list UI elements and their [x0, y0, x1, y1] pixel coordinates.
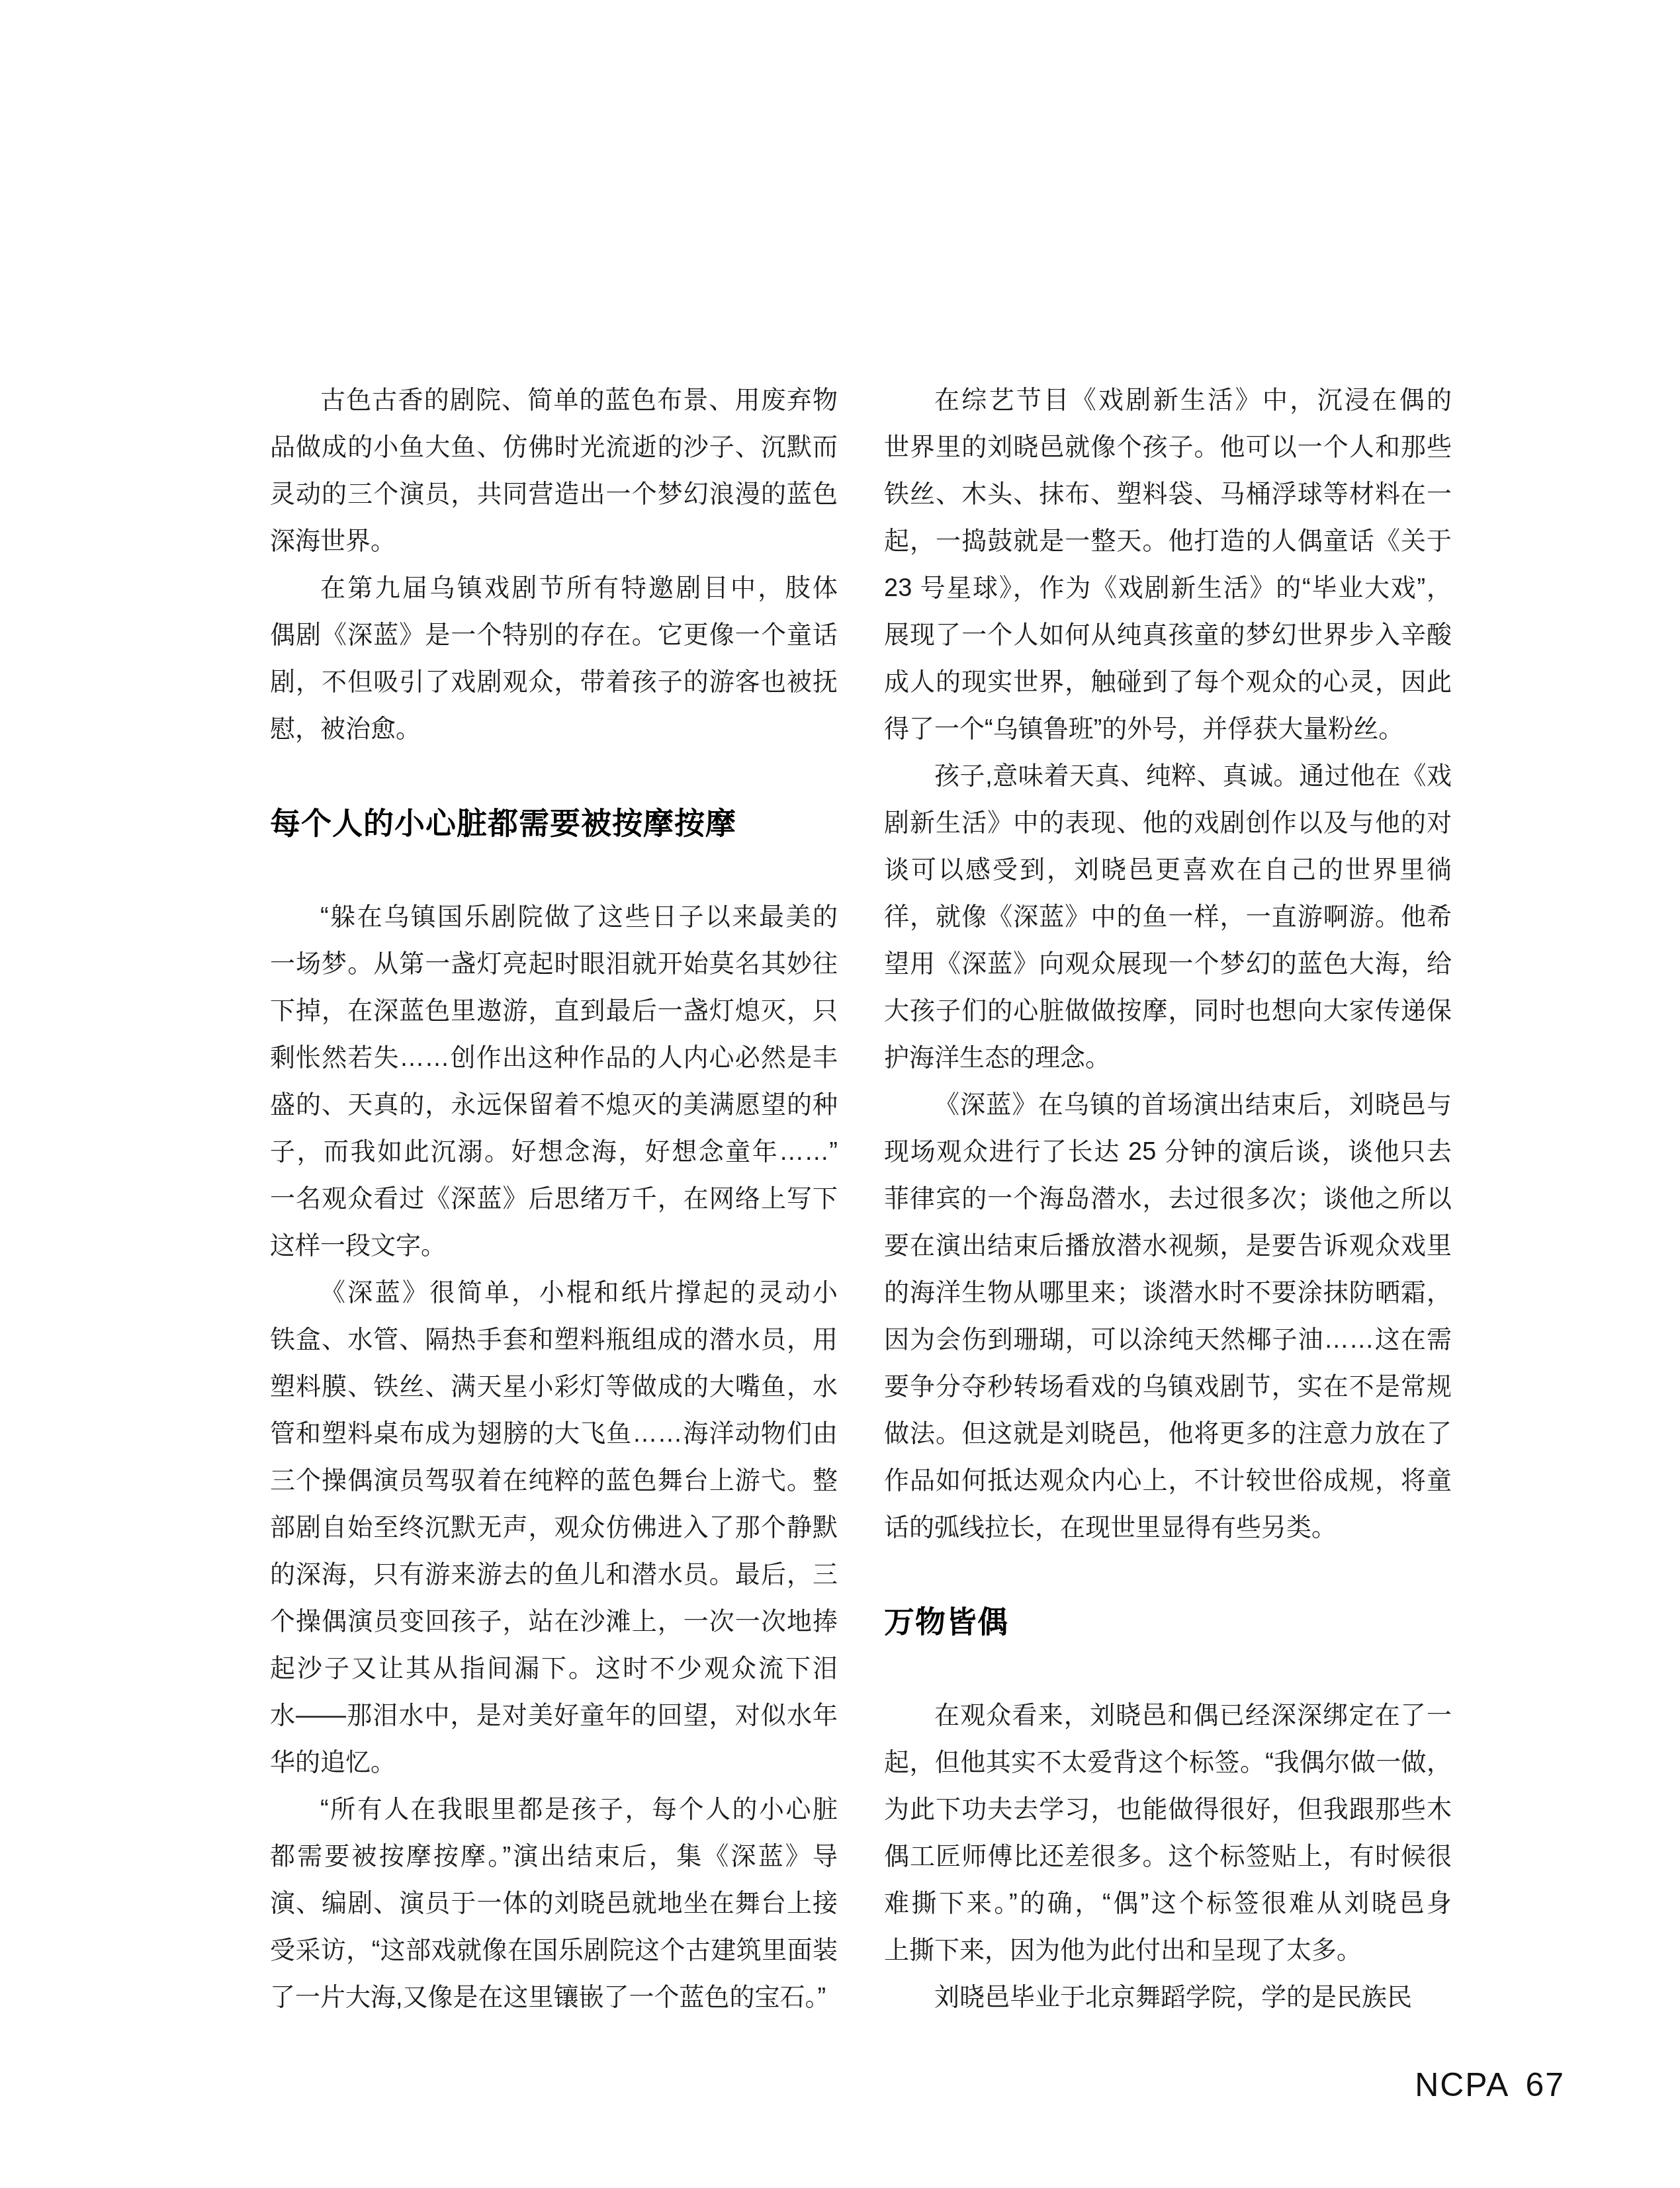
text-line: 展现了一个人如何从纯真孩童的梦幻世界步入辛酸 [884, 612, 1452, 659]
text-line: 得了一个“乌镇鲁班”的外号，并俘获大量粉丝。 [884, 706, 1452, 753]
paragraph: 在第九届乌镇戏剧节所有特邀剧目中，肢体偶剧《深蓝》是一个特别的存在。它更像一个童… [270, 565, 838, 753]
text-line: 剩怅然若失……创作出这种作品的人内心必然是丰 [270, 1035, 838, 1082]
text-line: 了一片大海,又像是在这里镶嵌了一个蓝色的宝石。” [270, 1974, 838, 2021]
text-line: 一场梦。从第一盏灯亮起时眼泪就开始莫名其妙往 [270, 941, 838, 988]
text-line: 作品如何抵达观众内心上，不计较世俗成规，将童 [884, 1458, 1452, 1505]
section-heading: 万物皆偶 [884, 1598, 1452, 1645]
text-line: 剧新生活》中的表现、他的戏剧创作以及与他的对 [884, 800, 1452, 847]
section-heading: 每个人的小心脏都需要被按摩按摩 [270, 800, 838, 847]
text-line: 23 号星球》，作为《戏剧新生活》的“毕业大戏”， [884, 565, 1452, 612]
text-line: 灵动的三个演员，共同营造出一个梦幻浪漫的蓝色 [270, 471, 838, 518]
text-line: 起沙子又让其从指间漏下。这时不少观众流下泪 [270, 1645, 838, 1692]
paragraph: 《深蓝》在乌镇的首场演出结束后，刘晓邑与现场观众进行了长达 25 分钟的演后谈，… [884, 1082, 1452, 1552]
text-line: 护海洋生态的理念。 [884, 1035, 1452, 1082]
text-line: 水——那泪水中，是对美好童年的回望，对似水年 [270, 1692, 838, 1739]
text-line: 的深海，只有游来游去的鱼儿和潜水员。最后，三 [270, 1552, 838, 1598]
text-line: 大孩子们的心脏做做按摩，同时也想向大家传递保 [884, 988, 1452, 1035]
text-line: 成人的现实世界，触碰到了每个观众的心灵，因此 [884, 659, 1452, 706]
text-line: 偶工匠师傅比还差很多。这个标签贴上，有时候很 [884, 1833, 1452, 1880]
text-line: 三个操偶演员驾驭着在纯粹的蓝色舞台上游弋。整 [270, 1458, 838, 1505]
text-line: 为此下功夫去学习，也能做得很好，但我跟那些木 [884, 1786, 1452, 1833]
article-column-right: 在综艺节目《戏剧新生活》中，沉浸在偶的世界里的刘晓邑就像个孩子。他可以一个人和那… [884, 377, 1452, 2021]
text-line: 要争分夺秒转场看戏的乌镇戏剧节，实在不是常规 [884, 1364, 1452, 1411]
text-line: 话的弧线拉长，在现世里显得有些另类。 [884, 1505, 1452, 1552]
text-line: 世界里的刘晓邑就像个孩子。他可以一个人和那些 [884, 424, 1452, 471]
text-line: 做法。但这就是刘晓邑，他将更多的注意力放在了 [884, 1411, 1452, 1458]
paragraph: 古色古香的剧院、简单的蓝色布景、用废弃物品做成的小鱼大鱼、仿佛时光流逝的沙子、沉… [270, 377, 838, 565]
text-line: 管和塑料桌布成为翅膀的大飞鱼……海洋动物们由 [270, 1411, 838, 1458]
text-line: 铁盒、水管、隔热手套和塑料瓶组成的潜水员，用 [270, 1317, 838, 1364]
text-line: 起，但他其实不太爱背这个标签。“我偶尔做一做， [884, 1739, 1452, 1786]
text-line: 深海世界。 [270, 518, 838, 565]
text-line: 一名观众看过《深蓝》后思绪万千，在网络上写下 [270, 1176, 838, 1223]
paragraph: 《深蓝》很简单，小棍和纸片撑起的灵动小鱼，铁盒、水管、隔热手套和塑料瓶组成的潜水… [270, 1270, 838, 1786]
text-line: “躲在乌镇国乐剧院做了这些日子以来最美的 [270, 894, 838, 941]
text-line: 铁丝、木头、抹布、塑料袋、马桶浮球等材料在一 [884, 471, 1452, 518]
footer-brand: NCPA [1415, 2066, 1509, 2104]
text-line: 在第九届乌镇戏剧节所有特邀剧目中，肢体 [270, 565, 838, 612]
text-line: 偶剧《深蓝》是一个特别的存在。它更像一个童话 [270, 612, 838, 659]
text-line: 徉，就像《深蓝》中的鱼一样，一直游啊游。他希 [884, 894, 1452, 941]
paragraph: 孩子,意味着天真、纯粹、真诚。通过他在《戏剧新生活》中的表现、他的戏剧创作以及与… [884, 753, 1452, 1082]
paragraph: “躲在乌镇国乐剧院做了这些日子以来最美的一场梦。从第一盏灯亮起时眼泪就开始莫名其… [270, 894, 838, 1270]
text-line: 菲律宾的一个海岛潜水，去过很多次；谈他之所以 [884, 1176, 1452, 1223]
text-line: 下掉，在深蓝色里遨游，直到最后一盏灯熄灭，只 [270, 988, 838, 1035]
text-line: 品做成的小鱼大鱼、仿佛时光流逝的沙子、沉默而 [270, 424, 838, 471]
text-line: 在观众看来，刘晓邑和偶已经深深绑定在了一 [884, 1692, 1452, 1739]
text-line: 难撕下来。”的确，“偶”这个标签很难从刘晓邑身 [884, 1880, 1452, 1927]
text-line: 塑料膜、铁丝、满天星小彩灯等做成的大嘴鱼，水 [270, 1364, 838, 1411]
text-line: 华的追忆。 [270, 1739, 838, 1786]
text-line: 刘晓邑毕业于北京舞蹈学院，学的是民族民 [884, 1974, 1452, 2021]
article-column-left: 古色古香的剧院、简单的蓝色布景、用废弃物品做成的小鱼大鱼、仿佛时光流逝的沙子、沉… [270, 377, 838, 2021]
page-footer: NCPA 67 [1415, 2066, 1565, 2104]
text-line: 望用《深蓝》向观众展现一个梦幻的蓝色大海，给 [884, 941, 1452, 988]
text-line: 个操偶演员变回孩子，站在沙滩上，一次一次地捧 [270, 1598, 838, 1645]
paragraph: “所有人在我眼里都是孩子，每个人的小心脏都需要被按摩按摩。”演出结束后，集《深蓝… [270, 1786, 838, 2021]
text-line: 古色古香的剧院、简单的蓝色布景、用废弃物 [270, 377, 838, 424]
paragraph: 在综艺节目《戏剧新生活》中，沉浸在偶的世界里的刘晓邑就像个孩子。他可以一个人和那… [884, 377, 1452, 753]
text-line: 的海洋生物从哪里来；谈潜水时不要涂抹防晒霜， [884, 1270, 1452, 1317]
text-line: 《深蓝》很简单，小棍和纸片撑起的灵动小鱼， [270, 1270, 838, 1317]
magazine-page: 古色古香的剧院、简单的蓝色布景、用废弃物品做成的小鱼大鱼、仿佛时光流逝的沙子、沉… [0, 0, 1680, 2188]
text-line: “所有人在我眼里都是孩子，每个人的小心脏 [270, 1786, 838, 1833]
text-line: 剧，不但吸引了戏剧观众，带着孩子的游客也被抚 [270, 659, 838, 706]
text-line: 要在演出结束后播放潜水视频，是要告诉观众戏里 [884, 1223, 1452, 1270]
footer-page-number: 67 [1525, 2066, 1565, 2104]
text-line: 演、编剧、演员于一体的刘晓邑就地坐在舞台上接 [270, 1880, 838, 1927]
text-line: 起，一捣鼓就是一整天。他打造的人偶童话《关于 [884, 518, 1452, 565]
text-line: 部剧自始至终沉默无声，观众仿佛进入了那个静默 [270, 1505, 838, 1552]
text-line: 慰，被治愈。 [270, 706, 838, 753]
text-line: 孩子,意味着天真、纯粹、真诚。通过他在《戏 [884, 753, 1452, 800]
text-line: 谈可以感受到，刘晓邑更喜欢在自己的世界里徜 [884, 847, 1452, 894]
text-line: 这样一段文字。 [270, 1223, 838, 1270]
text-line: 上撕下来，因为他为此付出和呈现了太多。 [884, 1927, 1452, 1974]
text-line: 现场观众进行了长达 25 分钟的演后谈，谈他只去 [884, 1129, 1452, 1176]
text-line: 在综艺节目《戏剧新生活》中，沉浸在偶的 [884, 377, 1452, 424]
paragraph: 刘晓邑毕业于北京舞蹈学院，学的是民族民 [884, 1974, 1452, 2021]
text-line: 因为会伤到珊瑚，可以涂纯天然椰子油……这在需 [884, 1317, 1452, 1364]
text-line: 都需要被按摩按摩。”演出结束后，集《深蓝》导 [270, 1833, 838, 1880]
text-line: 受采访，“这部戏就像在国乐剧院这个古建筑里面装 [270, 1927, 838, 1974]
text-line: 盛的、天真的，永远保留着不熄灭的美满愿望的种 [270, 1082, 838, 1129]
text-line: 子，而我如此沉溺。好想念海，好想念童年……” [270, 1129, 838, 1176]
paragraph: 在观众看来，刘晓邑和偶已经深深绑定在了一起，但他其实不太爱背这个标签。“我偶尔做… [884, 1692, 1452, 1974]
text-line: 《深蓝》在乌镇的首场演出结束后，刘晓邑与 [884, 1082, 1452, 1129]
